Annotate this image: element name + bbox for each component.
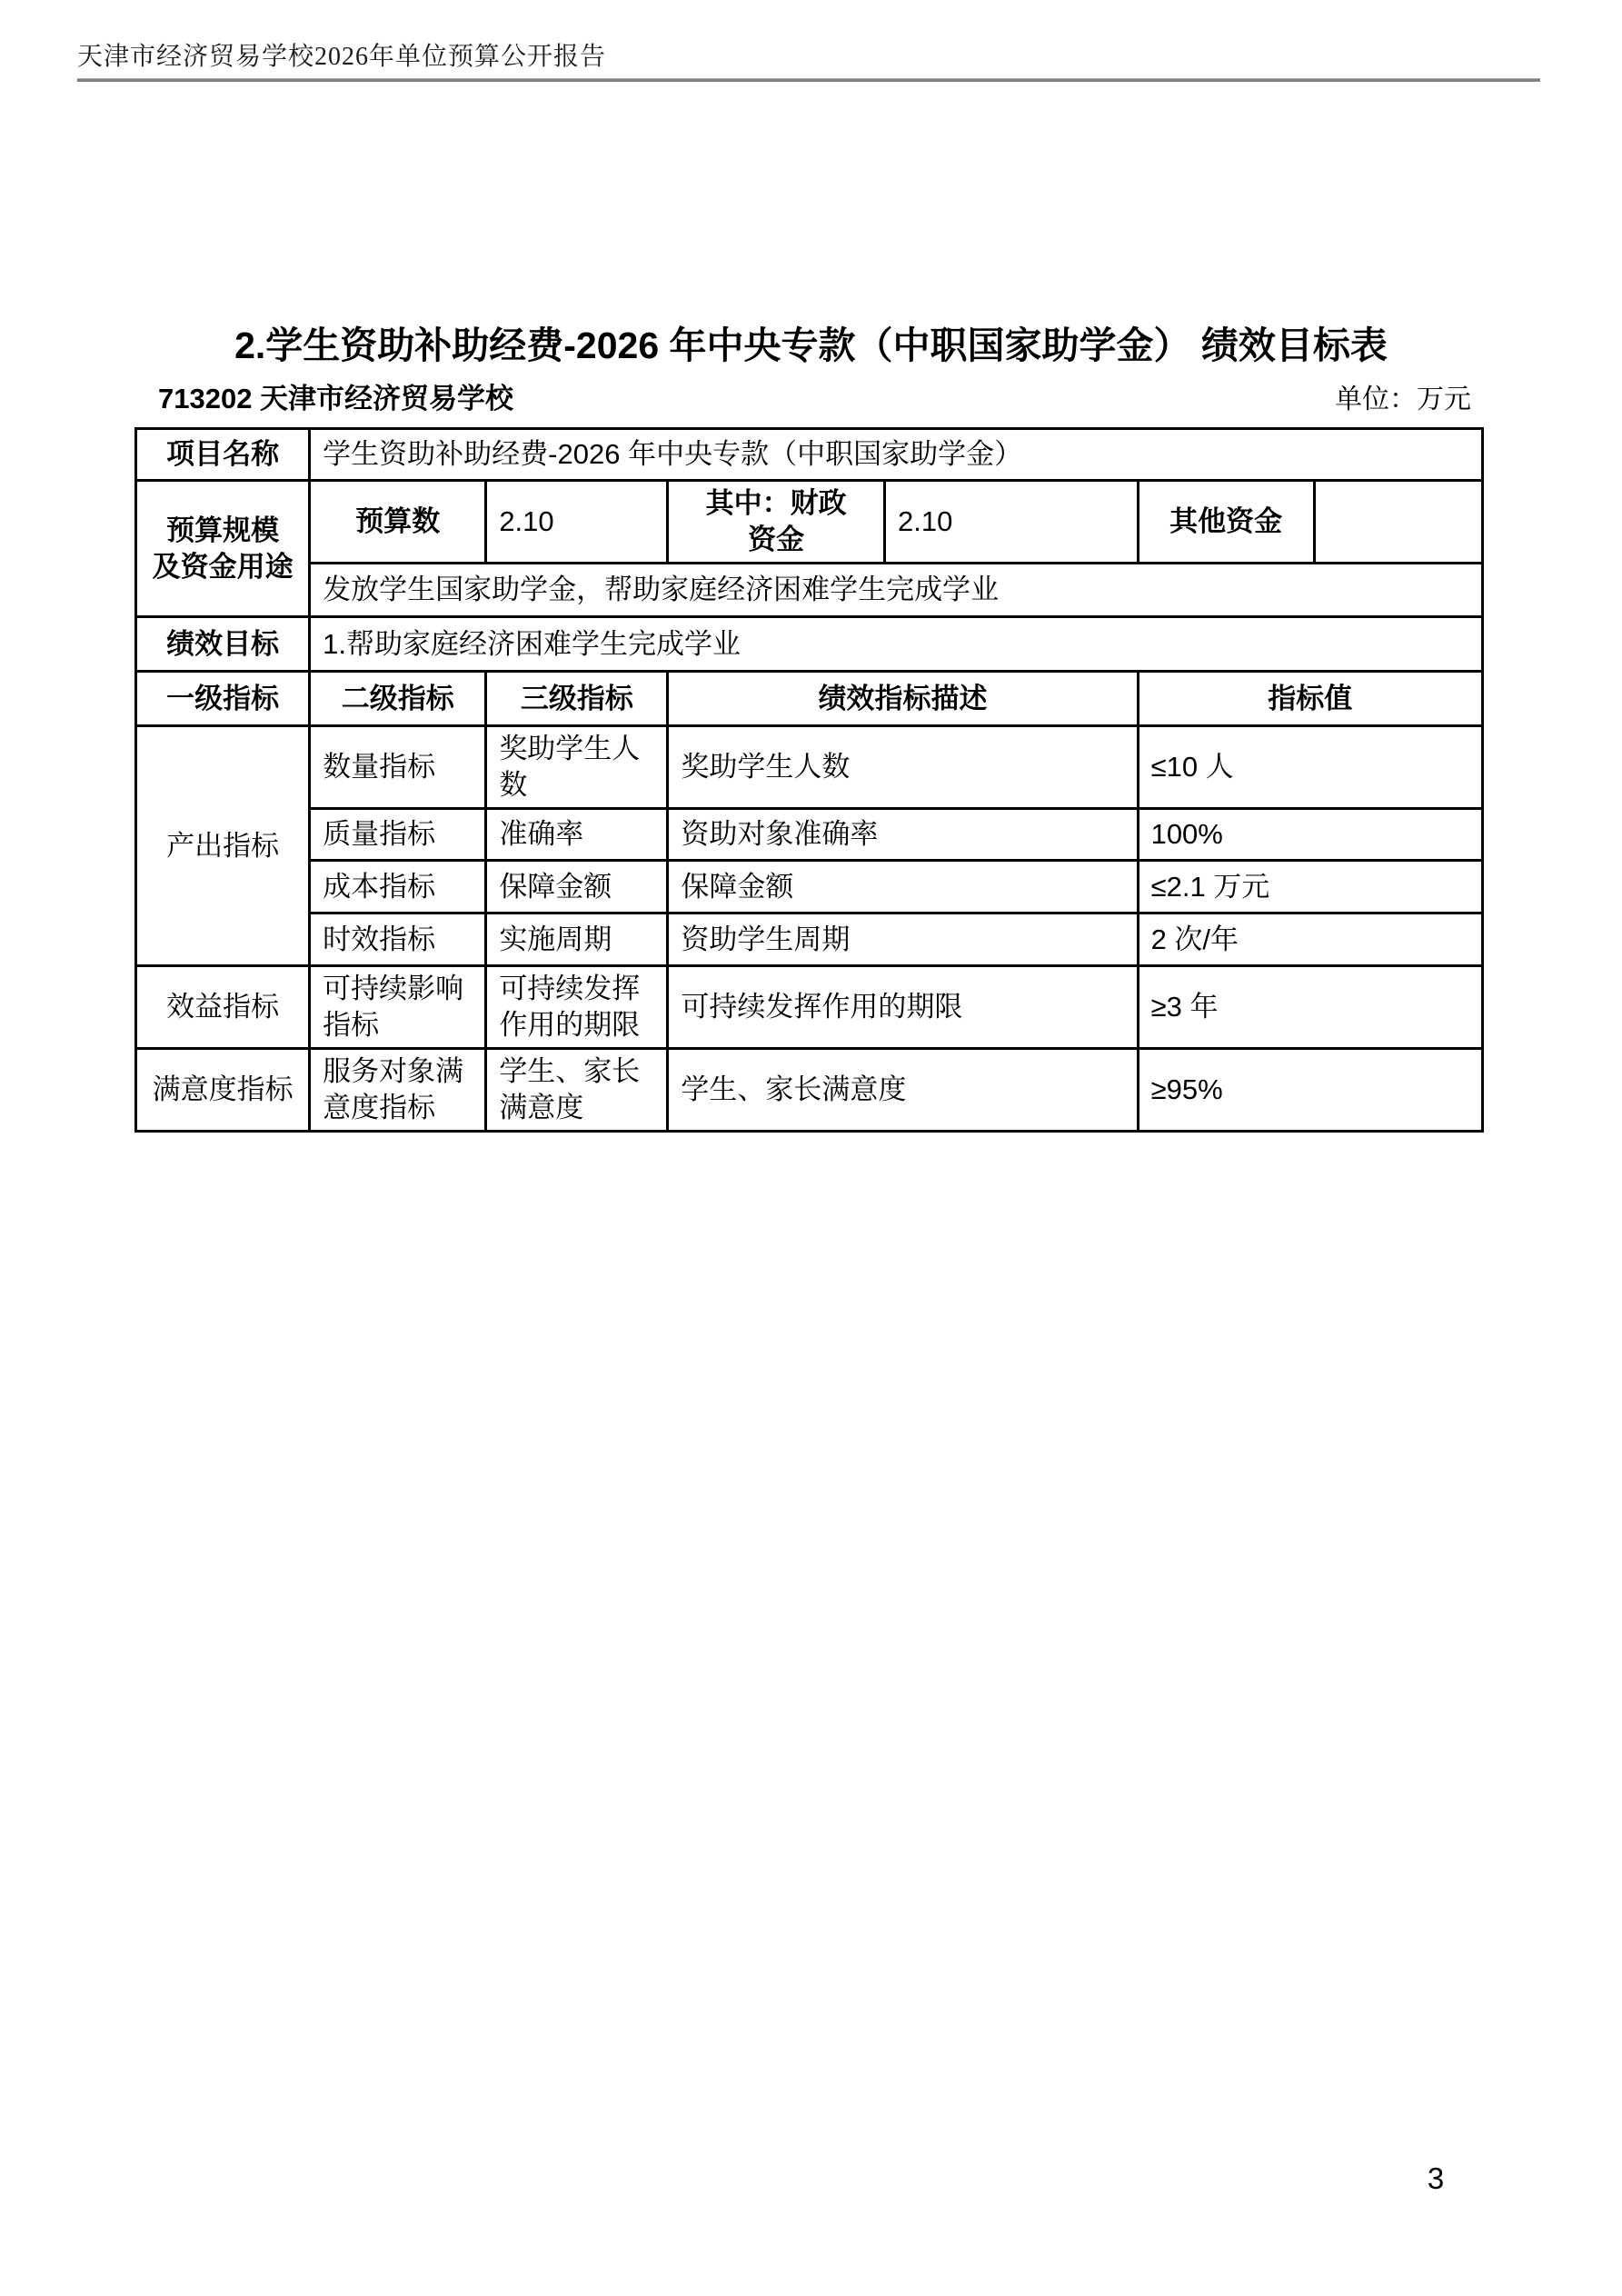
group-satisfaction-indicator: 满意度指标: [136, 1049, 310, 1132]
budget-num-value: 2.10: [486, 481, 668, 564]
indicator-value: ≥3 年: [1138, 966, 1482, 1049]
header-rule: [77, 78, 1540, 82]
indicator-description: 学生、家长满意度: [668, 1049, 1138, 1132]
row-indicator-satisfaction: 满意度指标 服务对象满 意度指标 学生、家长 满意度 学生、家长满意度 ≥95%: [136, 1049, 1483, 1132]
indicator-value: 100%: [1138, 809, 1482, 861]
row-indicator-timeliness: 时效指标 实施周期 资助学生周期 2 次/年: [136, 913, 1483, 966]
header-description: 绩效指标描述: [668, 672, 1138, 726]
row-project-name: 项目名称 学生资助补助经费-2026 年中央专款（中职国家助学金）: [136, 429, 1483, 481]
row-indicator-cost: 成本指标 保障金额 保障金额 ≤2.1 万元: [136, 861, 1483, 913]
indicator-level2: 质量指标: [310, 809, 486, 861]
org-line: 713202 天津市经济贸易学校 单位：万元: [134, 382, 1484, 418]
indicator-value: ≥95%: [1138, 1049, 1482, 1132]
fiscal-funds-value: 2.10: [884, 481, 1138, 564]
row-indicator-quality: 质量指标 准确率 资助对象准确率 100%: [136, 809, 1483, 861]
row-fund-usage: 发放学生国家助学金，帮助家庭经济困难学生完成学业: [136, 564, 1483, 617]
group-output-indicator: 产出指标: [136, 726, 310, 966]
budget-scale-label: 预算规模 及资金用途: [136, 481, 310, 617]
org-code-name: 713202 天津市经济贸易学校: [158, 382, 513, 416]
indicator-value: ≤10 人: [1138, 726, 1482, 809]
indicator-description: 可持续发挥作用的期限: [668, 966, 1138, 1049]
indicator-level3: 可持续发挥 作用的期限: [486, 966, 668, 1049]
page-title: 2.学生资助补助经费-2026 年中央专款（中职国家助学金） 绩效目标表: [91, 324, 1531, 367]
indicator-description: 资助对象准确率: [668, 809, 1138, 861]
header-level3: 三级指标: [486, 672, 668, 726]
other-funds-value: [1314, 481, 1482, 564]
indicator-level3: 保障金额: [486, 861, 668, 913]
indicator-level2: 可持续影响 指标: [310, 966, 486, 1049]
indicator-description: 保障金额: [668, 861, 1138, 913]
budget-num-label: 预算数: [310, 481, 486, 564]
indicator-level2: 成本指标: [310, 861, 486, 913]
page-number: 3: [1418, 2161, 1454, 2196]
performance-goal-label: 绩效目标: [136, 617, 310, 672]
running-header: 天津市经济贸易学校2026年单位预算公开报告: [77, 42, 1540, 73]
header-value: 指标值: [1138, 672, 1482, 726]
indicator-level2: 服务对象满 意度指标: [310, 1049, 486, 1132]
indicator-level3: 实施周期: [486, 913, 668, 966]
indicator-description: 资助学生周期: [668, 913, 1138, 966]
header-level2: 二级指标: [310, 672, 486, 726]
indicator-level3: 奖助学生人 数: [486, 726, 668, 809]
row-indicator-header: 一级指标 二级指标 三级指标 绩效指标描述 指标值: [136, 672, 1483, 726]
indicator-description: 奖助学生人数: [668, 726, 1138, 809]
indicator-level3: 学生、家长 满意度: [486, 1049, 668, 1132]
fiscal-funds-label: 其中：财政 资金: [668, 481, 885, 564]
indicator-level2: 时效指标: [310, 913, 486, 966]
group-benefit-indicator: 效益指标: [136, 966, 310, 1049]
performance-goal-value: 1.帮助家庭经济困难学生完成学业: [310, 617, 1483, 672]
unit-label: 单位：万元: [1335, 384, 1471, 416]
fund-usage-value: 发放学生国家助学金，帮助家庭经济困难学生完成学业: [310, 564, 1483, 617]
project-name-value: 学生资助补助经费-2026 年中央专款（中职国家助学金）: [310, 429, 1483, 481]
indicator-level2: 数量指标: [310, 726, 486, 809]
row-budget-scale: 预算规模 及资金用途 预算数 2.10 其中：财政 资金 2.10 其他资金: [136, 481, 1483, 564]
other-funds-label: 其他资金: [1138, 481, 1314, 564]
row-indicator-benefit: 效益指标 可持续影响 指标 可持续发挥 作用的期限 可持续发挥作用的期限 ≥3 …: [136, 966, 1483, 1049]
document-page: 天津市经济贸易学校2026年单位预算公开报告 2.学生资助补助经费-2026 年…: [0, 0, 1622, 2296]
indicator-value: ≤2.1 万元: [1138, 861, 1482, 913]
row-indicator-quantity: 产出指标 数量指标 奖助学生人 数 奖助学生人数 ≤10 人: [136, 726, 1483, 809]
performance-target-table: 项目名称 学生资助补助经费-2026 年中央专款（中职国家助学金） 预算规模 及…: [134, 427, 1484, 1133]
project-name-label: 项目名称: [136, 429, 310, 481]
row-performance-goal: 绩效目标 1.帮助家庭经济困难学生完成学业: [136, 617, 1483, 672]
indicator-value: 2 次/年: [1138, 913, 1482, 966]
indicator-level3: 准确率: [486, 809, 668, 861]
header-level1: 一级指标: [136, 672, 310, 726]
